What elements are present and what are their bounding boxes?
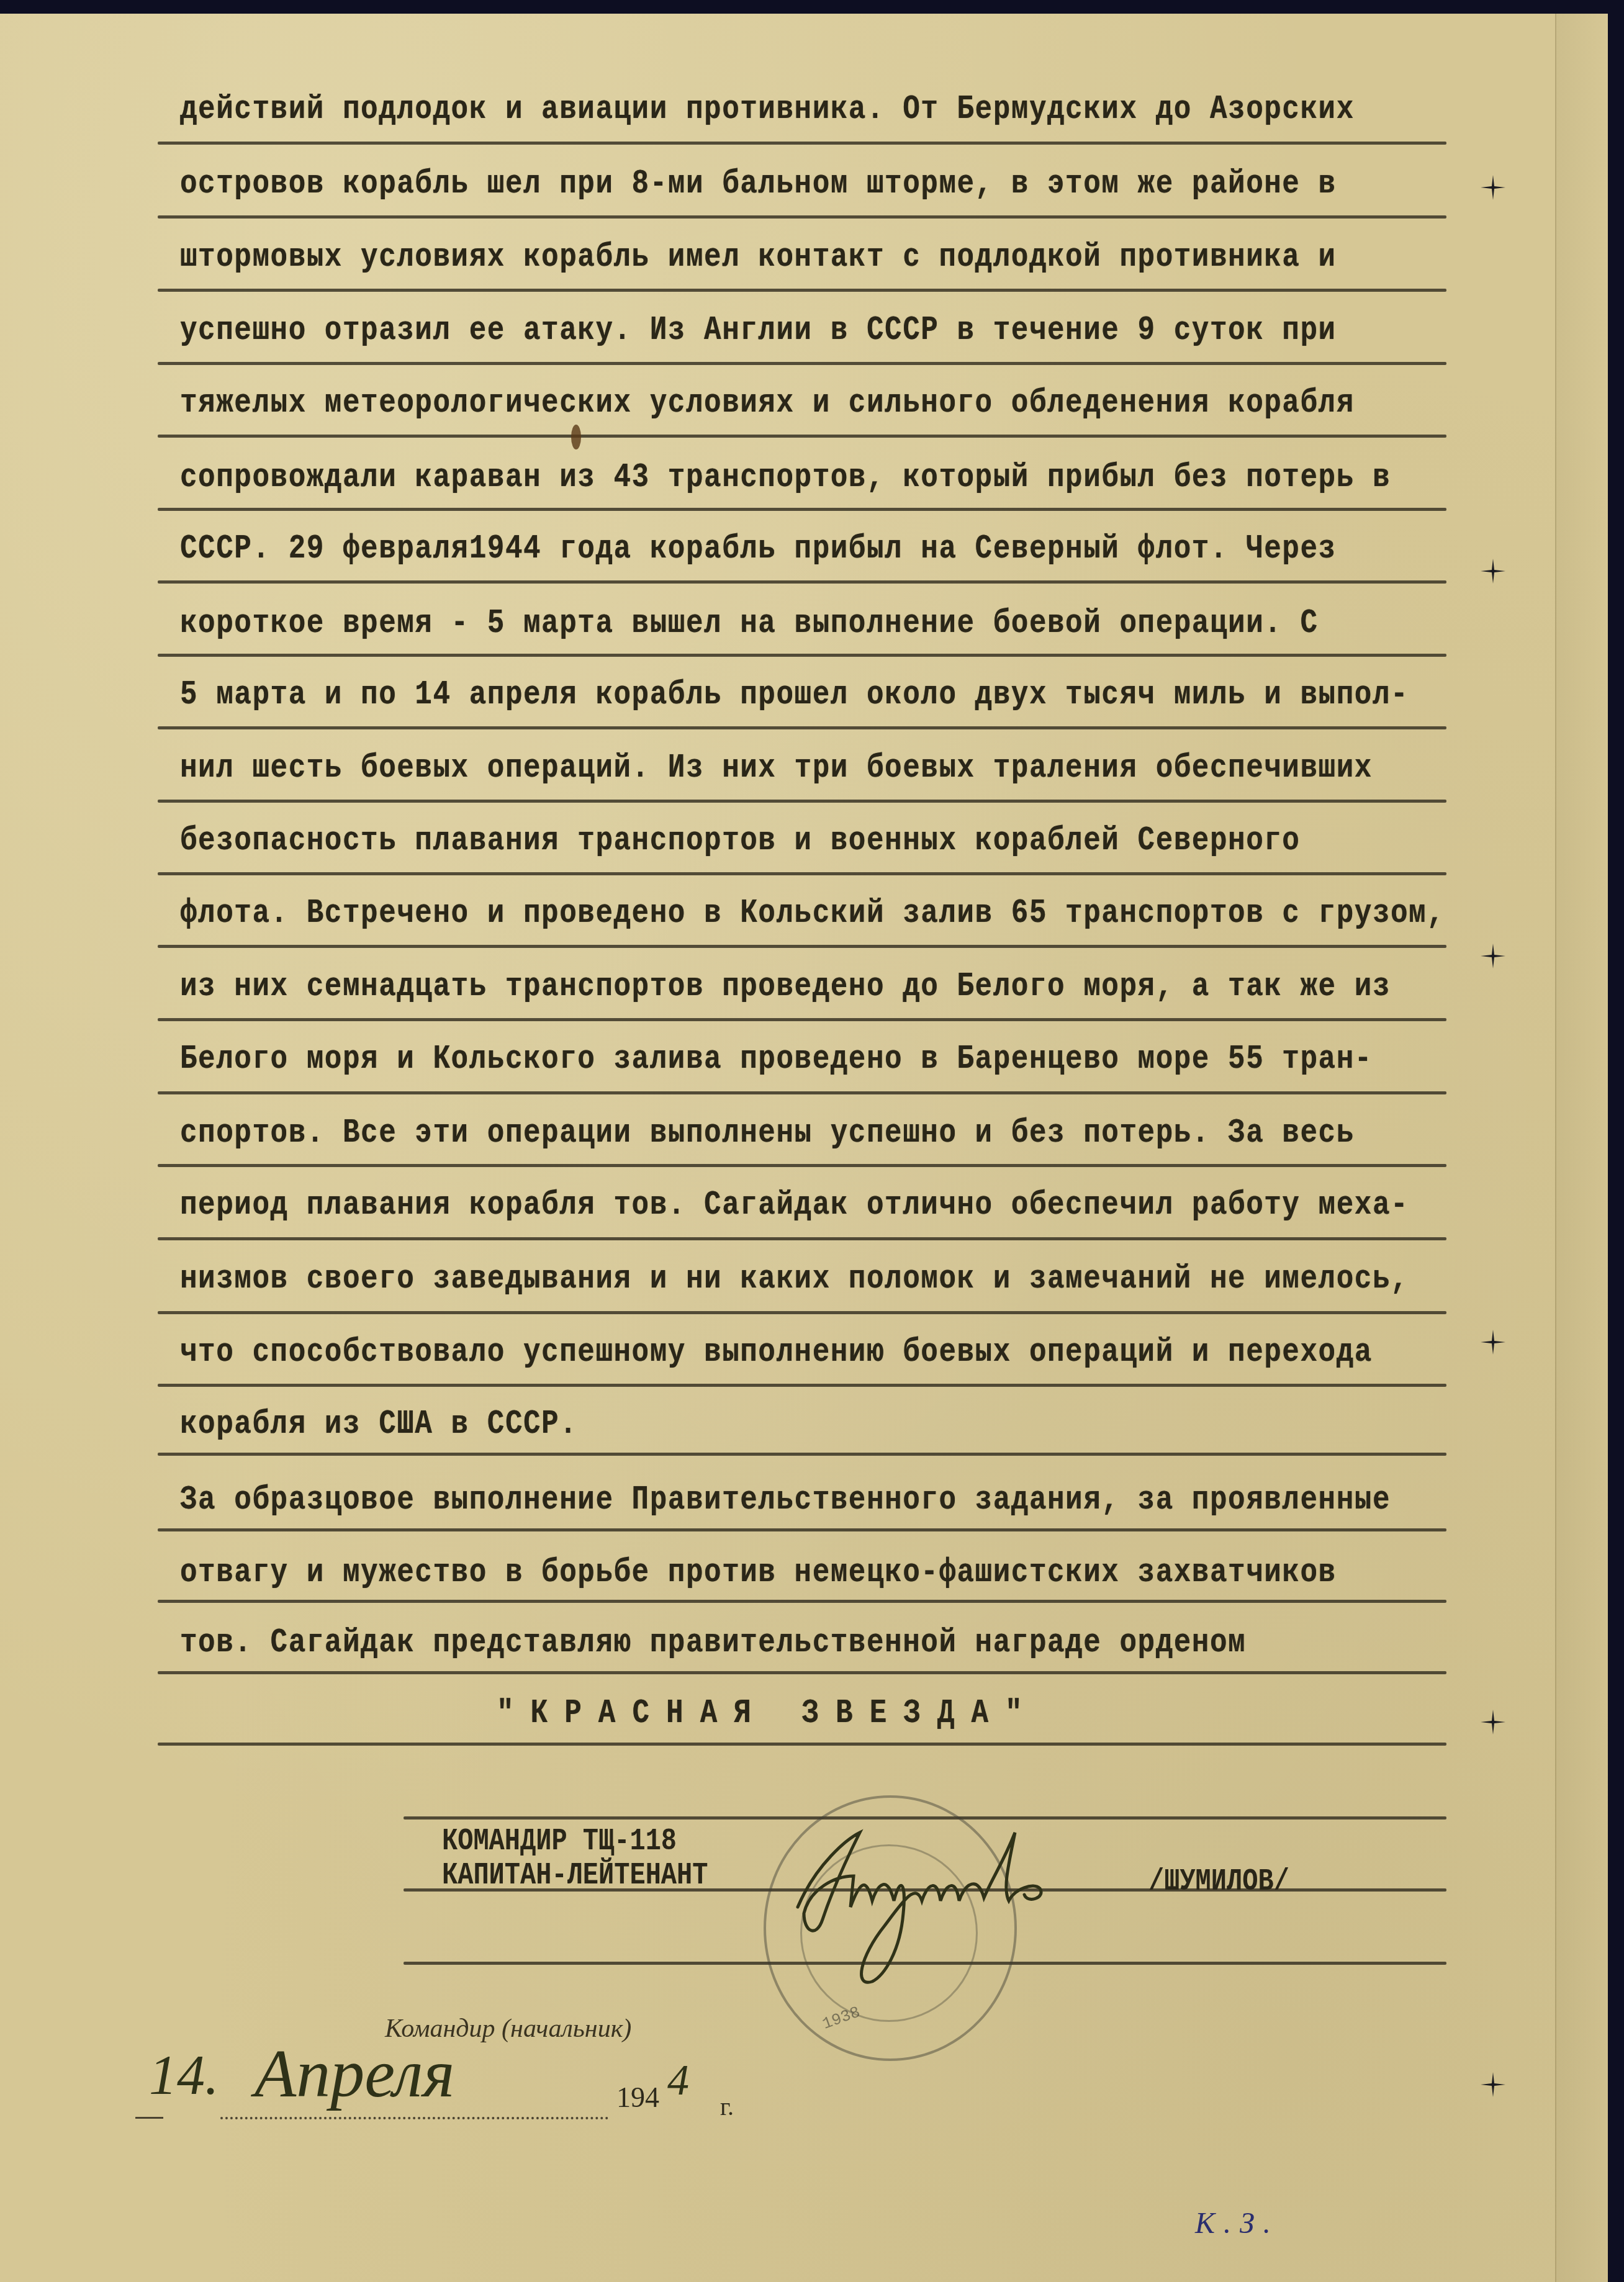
body-line: короткое время - 5 марта вышел на выполн… [180, 604, 1319, 642]
rule-line [158, 1453, 1446, 1456]
body-line: из них семнадцать транспортов проведено … [180, 967, 1391, 1005]
rule-line [158, 945, 1446, 948]
paper-tear-mark [1481, 1710, 1505, 1734]
rule-line [158, 1091, 1446, 1094]
rule-line [158, 1600, 1446, 1603]
body-line: что способствовало успешному выполнению … [180, 1333, 1373, 1371]
rule-line [158, 1018, 1446, 1021]
date-year-printed: 194 [616, 2081, 659, 2114]
award-name: "КРАСНАЯ ЗВЕЗДА" [497, 1694, 1039, 1732]
body-line: сопровождали караван из 43 транспортов, … [180, 458, 1391, 496]
rule-line [158, 580, 1446, 584]
rule-line [158, 1528, 1446, 1531]
rule-line [158, 1743, 1446, 1746]
rule-line [158, 800, 1446, 803]
date-year-suffix: г. [720, 2092, 734, 2121]
date-day: 14. [149, 2044, 219, 2108]
ink-blot [571, 425, 581, 449]
date-year-handwritten: 4 [667, 2056, 689, 2106]
archive-mark: К.З. [1195, 2206, 1279, 2240]
body-line: низмов своего заведывания и ни каких пол… [180, 1260, 1409, 1297]
rule-line [158, 142, 1446, 145]
rule-line [158, 1384, 1446, 1387]
document-page: действий подлодок и авиации противника. … [0, 14, 1608, 2282]
fold-shadow [1556, 14, 1608, 2282]
body-line: СССР. 29 февраля1944 года корабль прибыл… [180, 530, 1337, 567]
date-dotted-line [220, 2117, 608, 2119]
date-day-rule [135, 2117, 163, 2119]
rule-line [158, 362, 1446, 365]
conclusion-line: отвагу и мужество в борьбе против немецк… [180, 1553, 1337, 1591]
body-line: Белого моря и Кольского залива проведено… [180, 1040, 1373, 1078]
body-line: спортов. Все эти операции выполнены успе… [180, 1114, 1355, 1152]
paper-tear-mark [1481, 944, 1505, 968]
signer-rank: КАПИТАН-ЛЕЙТЕНАНТ [442, 1857, 708, 1893]
rule-line [158, 435, 1446, 438]
body-line: успешно отразил ее атаку. Из Англии в СС… [180, 311, 1337, 349]
rule-line [158, 726, 1446, 729]
rule-line [158, 1164, 1446, 1167]
conclusion-line: тов. Сагайдак представляю правительствен… [180, 1623, 1246, 1661]
rule-line [158, 1311, 1446, 1314]
signer-position: КОМАНДИР ТЩ-118 [442, 1823, 677, 1859]
body-line: флота. Встречено и проведено в Кольский … [180, 894, 1445, 932]
paper-tear-mark [1481, 559, 1505, 584]
body-line: корабля из США в СССР. [180, 1405, 577, 1443]
body-line: период плавания корабля тов. Сагайдак от… [180, 1186, 1409, 1224]
date-month: Апреля [255, 2034, 454, 2113]
body-line: островов корабль шел при 8-ми бальном шт… [180, 165, 1337, 202]
conclusion-line: За образцовое выполнение Правительственн… [180, 1481, 1391, 1518]
body-line: штормовых условиях корабль имел контакт … [180, 238, 1337, 276]
rule-line [158, 508, 1446, 511]
rule-line [158, 654, 1446, 657]
rule-line [158, 289, 1446, 292]
body-line: безопасность плавания транспортов и воен… [180, 821, 1300, 859]
rule-line [158, 1237, 1446, 1240]
rule-line [158, 215, 1446, 219]
paper-tear-mark [1481, 175, 1505, 200]
handwritten-signature [779, 1814, 1176, 2000]
fold-line [1555, 14, 1556, 2282]
body-line: действий подлодок и авиации противника. … [180, 90, 1355, 128]
rule-line [158, 1671, 1446, 1674]
body-line: нил шесть боевых операций. Из них три бо… [180, 749, 1373, 787]
body-line: 5 марта и по 14 апреля корабль прошел ок… [180, 675, 1409, 713]
paper-tear-mark [1481, 2072, 1505, 2097]
rule-line [158, 872, 1446, 875]
body-line: тяжелых метеорологических условиях и сил… [180, 384, 1355, 422]
paper-tear-mark [1481, 1330, 1505, 1355]
